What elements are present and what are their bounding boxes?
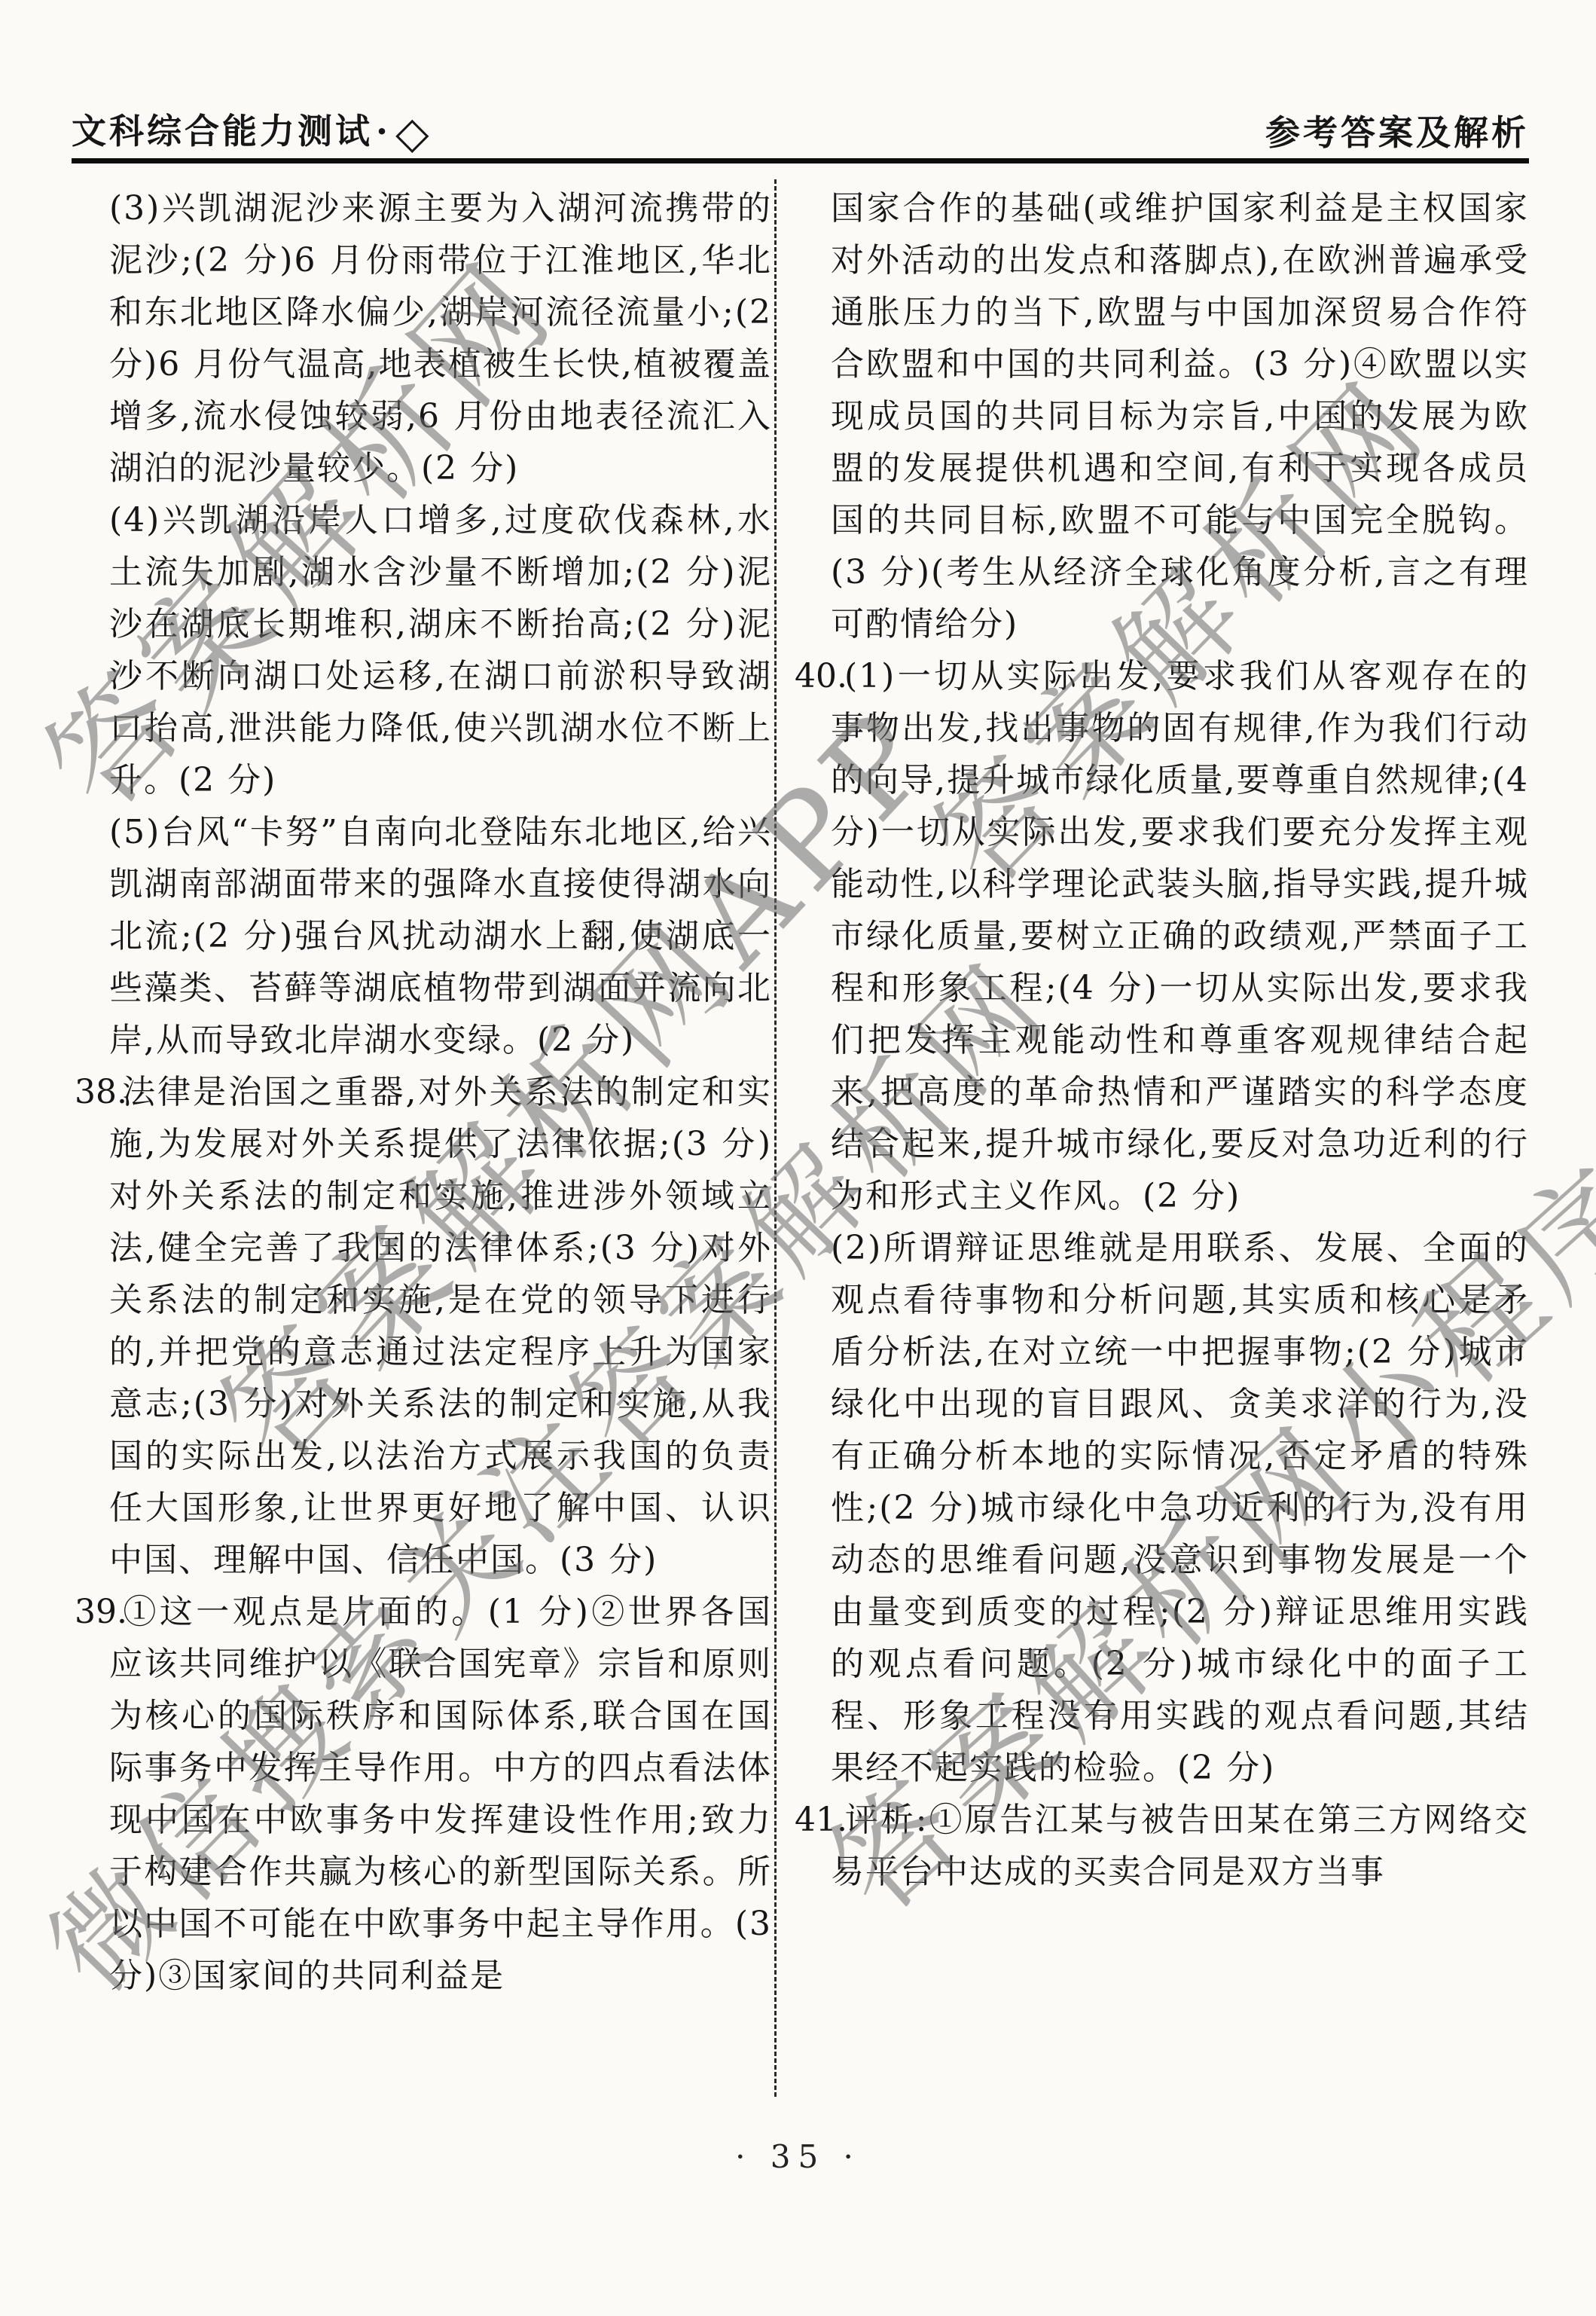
item-number: 39. xyxy=(75,1586,121,1638)
paragraph-text: 法律是治国之重器,对外关系法的制定和实施,为发展对外关系提供了法律依据;(3 分… xyxy=(109,1073,772,1579)
answer-paragraph-40-2: (2)所谓辩证思维就是用联系、发展、全面的观点看待事物和分析问题,其实质和核心是… xyxy=(795,1222,1529,1794)
answer-item-39: 39.①这一观点是片面的。(1 分)②世界各国应该共同维护以《联合国宪章》宗旨和… xyxy=(72,1586,772,2002)
column-divider xyxy=(774,179,777,2097)
answer-item-38: 38.法律是治国之重器,对外关系法的制定和实施,为发展对外关系提供了法律依据;(… xyxy=(72,1066,772,1586)
answer-paragraph-37-5: (5)台风“卡努”自南向北登陆东北地区,给兴凯湖南部湖面带来的强降水直接使得湖水… xyxy=(72,806,772,1066)
item-number: 40. xyxy=(795,650,844,702)
diamond-icon: ◇ xyxy=(395,107,432,158)
header-right-title: 参考答案及解析 xyxy=(1265,113,1529,152)
paragraph-text: (3)兴凯湖泥沙来源主要为入湖河流携带的泥沙;(2 分)6 月份雨带位于江淮地区… xyxy=(109,189,772,487)
answer-item-41: 41.评析:①原告江某与被告田某在第三方网络交易平台中达成的买卖合同是双方当事 xyxy=(795,1794,1529,1898)
answer-paragraph-37-3: (3)兴凯湖泥沙来源主要为入湖河流携带的泥沙;(2 分)6 月份雨带位于江淮地区… xyxy=(72,182,772,494)
answer-paragraph-39-cont: 国家合作的基础(或维护国家利益是主权国家对外活动的出发点和落脚点),在欧洲普遍承… xyxy=(795,182,1529,650)
answer-paragraph-37-4: (4)兴凯湖沿岸人口增多,过度砍伐森林,水土流失加剧,湖水含沙量不断增加;(2 … xyxy=(72,494,772,806)
exam-answer-page: 文科综合能力测试·◇ 参考答案及解析 (3)兴凯湖泥沙来源主要为入湖河流携带的泥… xyxy=(0,0,1596,2316)
test-title: 文科综合能力测试 xyxy=(72,111,373,151)
page-header: 文科综合能力测试·◇ 参考答案及解析 xyxy=(72,112,1529,152)
paragraph-text: 评析:①原告江某与被告田某在第三方网络交易平台中达成的买卖合同是双方当事 xyxy=(831,1801,1529,1891)
right-column: 国家合作的基础(或维护国家利益是主权国家对外活动的出发点和落脚点),在欧洲普遍承… xyxy=(795,182,1529,1898)
title-separator-dot: · xyxy=(376,111,391,151)
paragraph-text: (2)所谓辩证思维就是用联系、发展、全面的观点看待事物和分析问题,其实质和核心是… xyxy=(831,1229,1529,1787)
page-number: · 35 · xyxy=(0,2138,1596,2175)
answer-item-40: 40.(1)一切从实际出发,要求我们从客观存在的事物出发,找出事物的固有规律,作… xyxy=(795,650,1529,1222)
paragraph-text: (4)兴凯湖沿岸人口增多,过度砍伐森林,水土流失加剧,湖水含沙量不断增加;(2 … xyxy=(109,501,772,799)
left-column: (3)兴凯湖泥沙来源主要为入湖河流携带的泥沙;(2 分)6 月份雨带位于江淮地区… xyxy=(72,182,772,2002)
item-number: 41. xyxy=(795,1794,844,1846)
header-rule xyxy=(72,158,1529,163)
paragraph-text: 国家合作的基础(或维护国家利益是主权国家对外活动的出发点和落脚点),在欧洲普遍承… xyxy=(831,189,1529,643)
paragraph-text: (5)台风“卡努”自南向北登陆东北地区,给兴凯湖南部湖面带来的强降水直接使得湖水… xyxy=(109,813,772,1059)
paragraph-text: ①这一观点是片面的。(1 分)②世界各国应该共同维护以《联合国宪章》宗旨和原则为… xyxy=(109,1593,772,1995)
paragraph-text: (1)一切从实际出发,要求我们从客观存在的事物出发,找出事物的固有规律,作为我们… xyxy=(831,657,1529,1215)
header-left-title: 文科综合能力测试·◇ xyxy=(72,112,432,152)
item-number: 38. xyxy=(75,1066,121,1118)
